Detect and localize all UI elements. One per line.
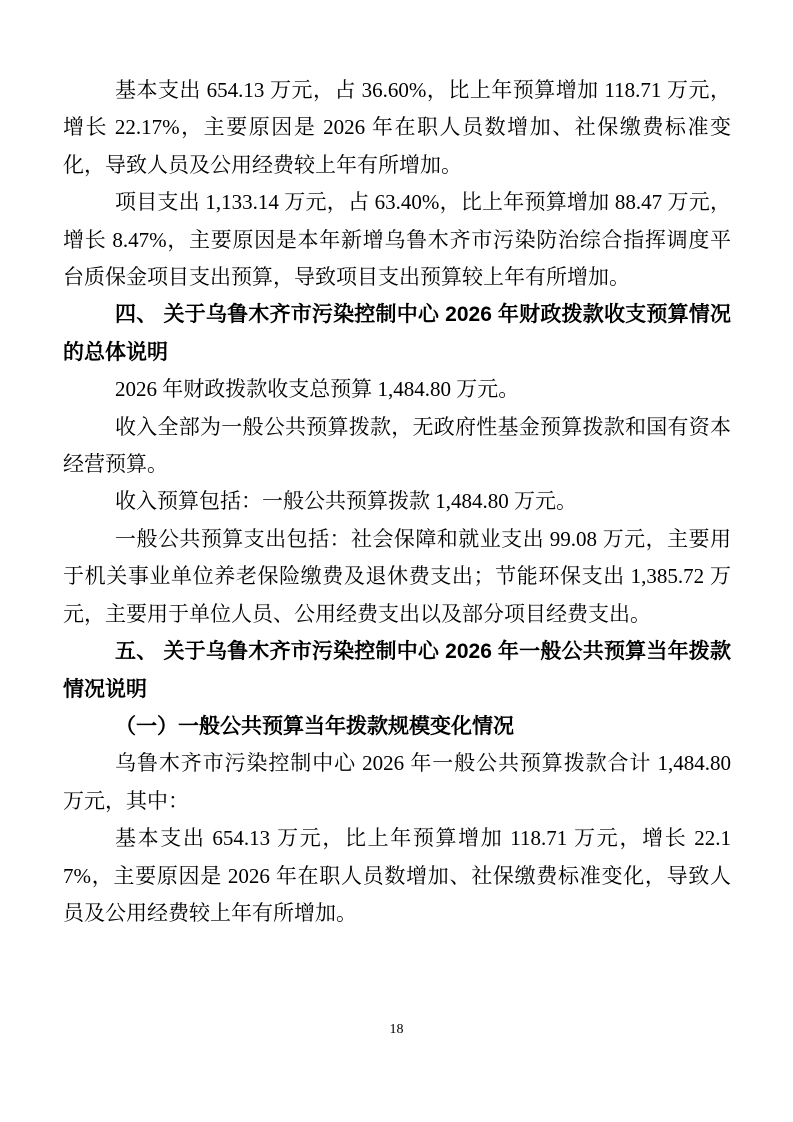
document-body: 基本支出 654.13 万元，占 36.60%，比上年预算增加 118.71 万… (63, 72, 731, 932)
paragraph-basic-expenditure-overview: 基本支出 654.13 万元，占 36.60%，比上年预算增加 118.71 万… (63, 72, 731, 184)
section-heading-5-current-year-appropriation: 五、 关于乌鲁木齐市污染控制中心 2026 年一般公共预算当年拨款情况说明 (63, 633, 731, 708)
paragraph-total-fiscal-budget: 2026 年财政拨款收支总预算 1,484.80 万元。 (63, 371, 731, 408)
document-page: 基本支出 654.13 万元，占 36.60%，比上年预算增加 118.71 万… (0, 0, 793, 1122)
paragraph-project-expenditure-overview: 项目支出 1,133.14 万元，占 63.40%，比上年预算增加 88.47 … (63, 184, 731, 296)
paragraph-income-source: 收入全部为一般公共预算拨款，无政府性基金预算拨款和国有资本经营预算。 (63, 409, 731, 484)
paragraph-basic-expenditure-detail: 基本支出 654.13 万元，比上年预算增加 118.71 万元，增长 22.1… (63, 820, 731, 932)
paragraph-public-budget-expenditure: 一般公共预算支出包括：社会保障和就业支出 99.08 万元，主要用于机关事业单位… (63, 521, 731, 633)
paragraph-appropriation-total: 乌鲁木齐市污染控制中心 2026 年一般公共预算拨款合计 1,484.80 万元… (63, 745, 731, 820)
page-number: 18 (0, 1022, 793, 1038)
paragraph-income-budget: 收入预算包括：一般公共预算拨款 1,484.80 万元。 (63, 483, 731, 520)
section-heading-4-fiscal-appropriation: 四、 关于乌鲁木齐市污染控制中心 2026 年财政拨款收支预算情况的总体说明 (63, 296, 731, 371)
subsection-heading-1-scale-change: （一）一般公共预算当年拨款规模变化情况 (63, 708, 731, 745)
